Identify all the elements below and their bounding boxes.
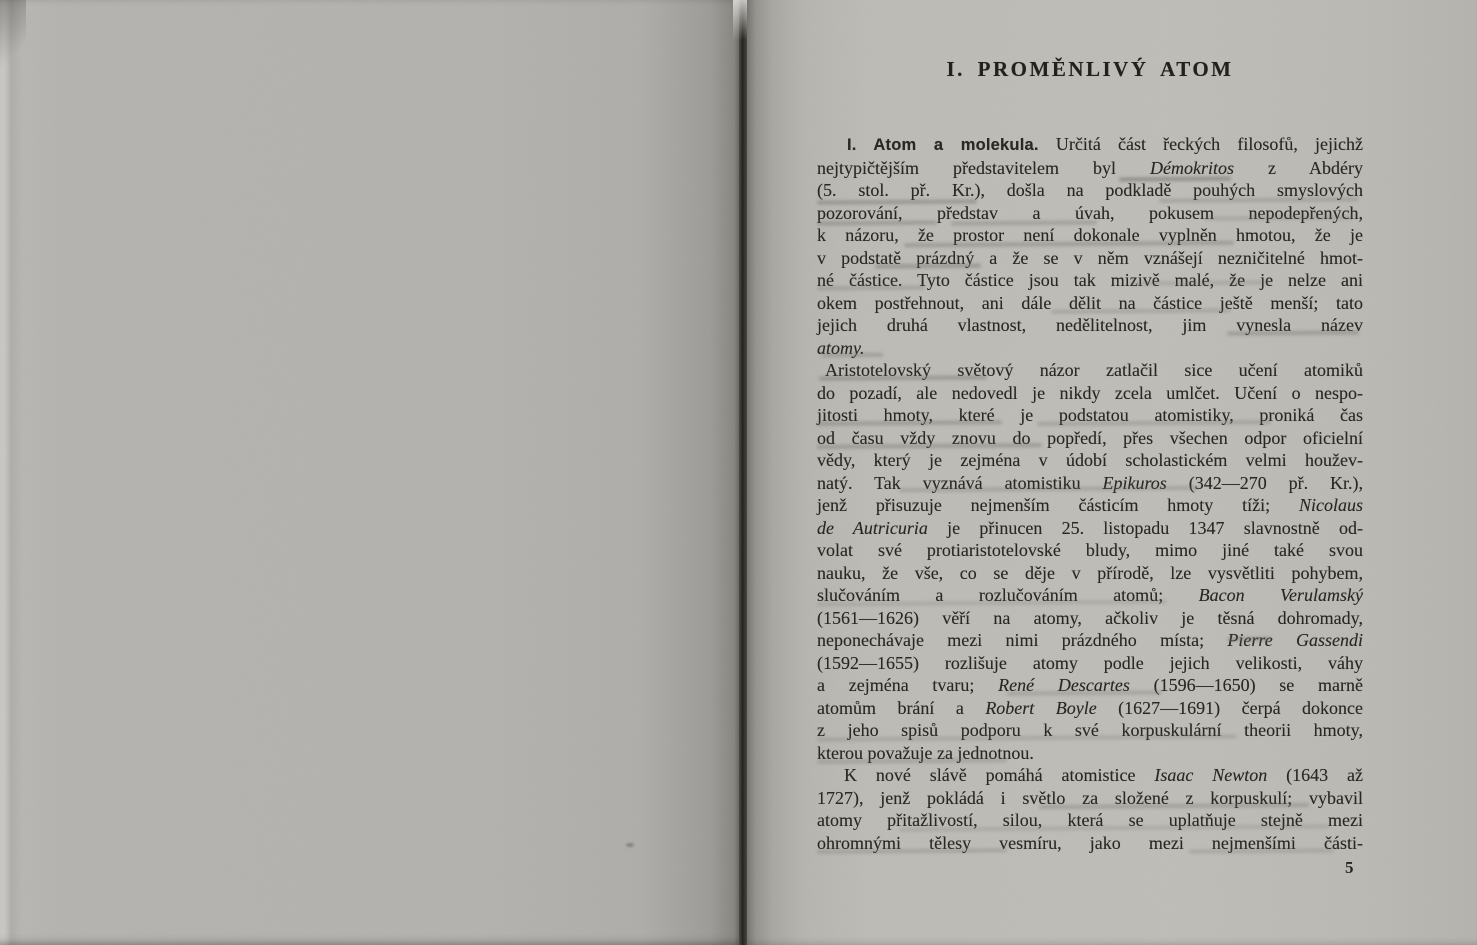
text-segment: nauku, že vše, co se děje v přírodě, lze… <box>817 563 1363 583</box>
text-segment: z Abdéry <box>1234 158 1363 178</box>
text-segment: je přinucen 25. listopadu 1347 slavnostn… <box>928 518 1363 538</box>
pencil-speck <box>626 843 634 847</box>
italic-name: Démokritos <box>1150 158 1234 178</box>
italic-name: Isaac Newton <box>1154 765 1267 785</box>
text-segment: (1627—1691) čerpá dokonce <box>1097 698 1363 718</box>
text-line: neponechávaje mezi nimi prázdného místa;… <box>817 629 1363 652</box>
text-segment: volat své protiaristotelovské bludy, mim… <box>817 540 1363 560</box>
text-segment: K nové slávě pomáhá atomistice <box>844 765 1154 785</box>
italic-name: Bacon Verulamský <box>1199 585 1363 605</box>
text-segment: (1596—1650) se marně <box>1130 675 1363 695</box>
text-line: I. Atom a molekula. Určitá část řeckých … <box>817 133 1363 157</box>
chapter-heading: I. PROMĚNLIVÝ ATOM <box>817 56 1363 82</box>
text-line: nejtypičtějším představitelem byl Démokr… <box>817 157 1363 180</box>
text-line: volat své protiaristotelovské bludy, mim… <box>817 539 1363 562</box>
text-segment: (1592—1655) rozlišuje atomy podle jejich… <box>817 653 1363 673</box>
text-segment: (1643 až <box>1267 765 1363 785</box>
pencil-underline-mark <box>821 353 883 357</box>
section-lead-bold: I. Atom a molekula. <box>847 136 1039 154</box>
text-line: (1592—1655) rozlišuje atomy podle jejich… <box>817 652 1363 675</box>
book-gutter <box>739 0 747 945</box>
italic-name: de Autricuria <box>817 518 928 538</box>
paragraph: I. Atom a molekula. Určitá část řeckých … <box>817 133 1363 359</box>
italic-name: Nicolaus <box>1299 495 1363 515</box>
text-segment: do pozadí, ale nedovedl je nikdy zcela u… <box>817 383 1363 403</box>
text-line: atomy. <box>817 337 1363 360</box>
text-segment: atomům brání a <box>817 698 985 718</box>
book-scan: I. PROMĚNLIVÝ ATOM I. Atom a molekula. U… <box>0 0 1477 945</box>
text-segment: Určitá část řeckých filosofů, jejichž <box>1039 134 1363 154</box>
text-segment: vědy, který je zejména v údobí scholasti… <box>817 450 1363 470</box>
text-segment: jenž přisuzuje nejmenším částicím hmoty … <box>817 495 1299 515</box>
text-segment: nejtypičtějším představitelem byl <box>817 158 1150 178</box>
text-line: de Autricuria je přinucen 25. listopadu … <box>817 517 1363 540</box>
paragraph: K nové slávě pomáhá atomistice Isaac New… <box>817 764 1363 854</box>
pencil-underline-mark <box>1227 637 1271 641</box>
italic-name: Robert Boyle <box>985 698 1096 718</box>
paragraph: Aristotelovský světový názor zatlačil si… <box>817 359 1363 764</box>
text-line: jenž přisuzuje nejmenším částicím hmoty … <box>817 494 1363 517</box>
text-line: K nové slávě pomáhá atomistice Isaac New… <box>817 764 1363 787</box>
text-line: nauku, že vše, co se děje v přírodě, lze… <box>817 562 1363 585</box>
text-line: atomům brání a Robert Boyle (1627—1691) … <box>817 697 1363 720</box>
pencil-underline-mark <box>875 264 981 269</box>
text-line: do pozadí, ale nedovedl je nikdy zcela u… <box>817 382 1363 405</box>
text-segment: (1561—1626) věří na atomy, ačkoliv je tě… <box>817 608 1363 628</box>
text-segment: neponechávaje mezi nimi prázdného místa; <box>817 630 1227 650</box>
text-column: I. PROMĚNLIVÝ ATOM I. Atom a molekula. U… <box>817 0 1363 854</box>
text-line: vědy, který je zejména v údobí scholasti… <box>817 449 1363 472</box>
pencil-underline-mark <box>817 286 925 291</box>
left-page-blank <box>0 0 741 945</box>
text-segment: a zejména tvaru; <box>817 675 998 695</box>
right-page: I. PROMĚNLIVÝ ATOM I. Atom a molekula. U… <box>747 0 1477 945</box>
page-number: 5 <box>1345 858 1354 878</box>
text-line: (1561—1626) věří na atomy, ačkoliv je tě… <box>817 607 1363 630</box>
